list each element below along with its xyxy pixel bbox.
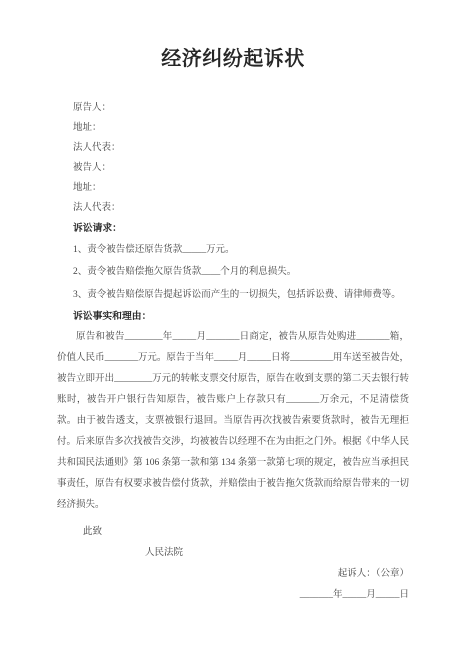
- defendant-label: 被告人：: [57, 158, 409, 178]
- document-title: 经济纠纷起诉状: [57, 48, 409, 71]
- date-line: _______年_____月_____日: [57, 585, 409, 606]
- defendant-legal-representative-label: 法人代表：: [57, 198, 409, 218]
- claims-heading: 诉讼请求：: [57, 218, 409, 239]
- complaint-document-page: 经济纠纷起诉状 原告人： 地址： 法人代表： 被告人： 地址： 法人代表： 诉讼…: [0, 0, 463, 655]
- claim-item-1: 1、责令被告偿还原告货款_____万元。: [57, 239, 409, 261]
- parties-section: 原告人： 地址： 法人代表： 被告人： 地址： 法人代表：: [57, 98, 409, 218]
- closing-salute: 此致: [57, 522, 409, 543]
- facts-heading: 诉讼事实和理由：: [57, 306, 409, 327]
- defendant-address-label: 地址：: [57, 178, 409, 198]
- signature-line: 起诉人：（公章）: [57, 564, 409, 585]
- claim-item-3: 3、责令被告赔偿原告提起诉讼而产生的一切损失，包括诉讼费、请律师费等。: [57, 284, 409, 306]
- claims-section: 诉讼请求： 1、责令被告偿还原告货款_____万元。 2、责令被告赔偿拖欠原告货…: [57, 218, 409, 306]
- plaintiff-legal-representative-label: 法人代表：: [57, 138, 409, 158]
- court-name-line: 人民法院: [57, 543, 409, 564]
- facts-section: 诉讼事实和理由： 原告和被告________年_____月_______日商定，…: [57, 306, 409, 516]
- closing-section: 此致 人民法院 起诉人：（公章） _______年_____月_____日: [57, 522, 409, 606]
- plaintiff-address-label: 地址：: [57, 118, 409, 138]
- plaintiff-label: 原告人：: [57, 98, 409, 118]
- claim-item-2: 2、责令被告赔偿拖欠原告货款____个月的利息损失。: [57, 261, 409, 283]
- facts-paragraph: 原告和被告________年_____月_______日商定，被告从原告处购进_…: [57, 327, 409, 516]
